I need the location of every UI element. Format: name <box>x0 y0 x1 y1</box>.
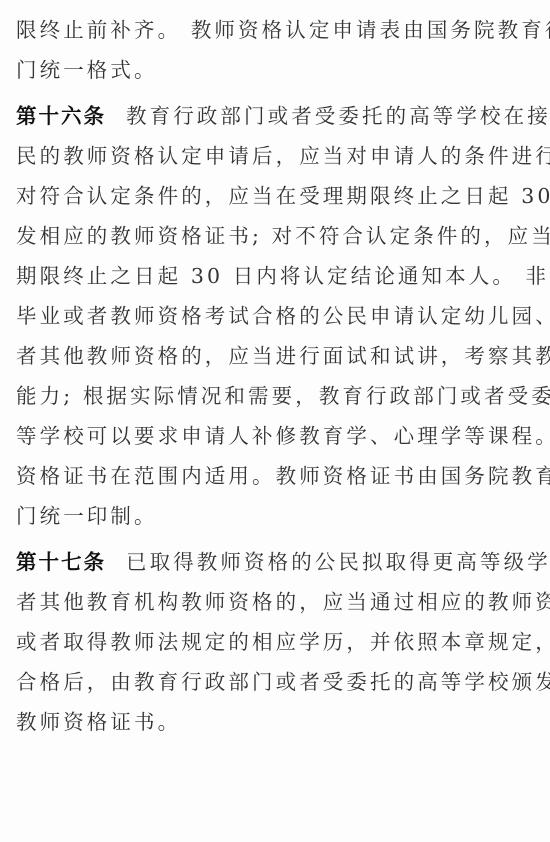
text-line: 第十六条教育行政部门或者受委托的高等学校在接到公 <box>16 96 530 136</box>
text-line: 门统一印制。 <box>16 496 530 536</box>
text-line: 或者取得教师法规定的相应学历，并依照本章规定，经认定 <box>16 622 530 662</box>
text-line: 发相应的教师资格证书; 对不符合认定条件的，应当在受理 <box>16 216 530 256</box>
text-line: 能力; 根据实际情况和需要，教育行政部门或者受委托的高 <box>16 376 530 416</box>
text-line-content: 已取得教师资格的公民拟取得更高等级学校或 <box>126 550 550 574</box>
text-line: 合格后，由教育行政部门或者受委托的高等学校颁发相应的 <box>16 662 530 702</box>
text-line: 门统一格式。 <box>16 50 530 90</box>
text-line: 等学校可以要求申请人补修教育学、心理学等课程。 教师 <box>16 416 530 456</box>
text-line: 者其他教师资格的，应当进行面试和试讲，考察其教育教学 <box>16 336 530 376</box>
text-line: 对符合认定条件的，应当在受理期限终止之日起 30 日内颁 <box>16 176 530 216</box>
article-heading: 第十六条 <box>16 104 106 128</box>
article-16: 第十六条教育行政部门或者受委托的高等学校在接到公 民的教师资格认定申请后，应当对… <box>16 96 530 536</box>
paragraph-continuation: 限终止前补齐。 教师资格认定申请表由国务院教育行政部 门统一格式。 <box>16 10 530 90</box>
text-line: 教师资格证书。 <box>16 702 530 742</box>
text-line: 资格证书在范围内适用。教师资格证书由国务院教育行政部 <box>16 456 530 496</box>
text-line: 期限终止之日起 30 日内将认定结论通知本人。 非师范院校 <box>16 256 530 296</box>
text-line: 者其他教育机构教师资格的，应当通过相应的教师资格考试 <box>16 582 530 622</box>
article-17: 第十七条已取得教师资格的公民拟取得更高等级学校或 者其他教育机构教师资格的，应当… <box>16 542 530 742</box>
text-line: 限终止前补齐。 教师资格认定申请表由国务院教育行政部 <box>16 10 530 50</box>
text-line-content: 教育行政部门或者受委托的高等学校在接到公 <box>126 104 550 128</box>
document-page: 限终止前补齐。 教师资格认定申请表由国务院教育行政部 门统一格式。 第十六条教育… <box>16 10 530 748</box>
text-line: 毕业或者教师资格考试合格的公民申请认定幼儿园、小学或 <box>16 296 530 336</box>
text-line: 第十七条已取得教师资格的公民拟取得更高等级学校或 <box>16 542 530 582</box>
text-line: 民的教师资格认定申请后，应当对申请人的条件进行审查; <box>16 136 530 176</box>
article-heading: 第十七条 <box>16 550 106 574</box>
